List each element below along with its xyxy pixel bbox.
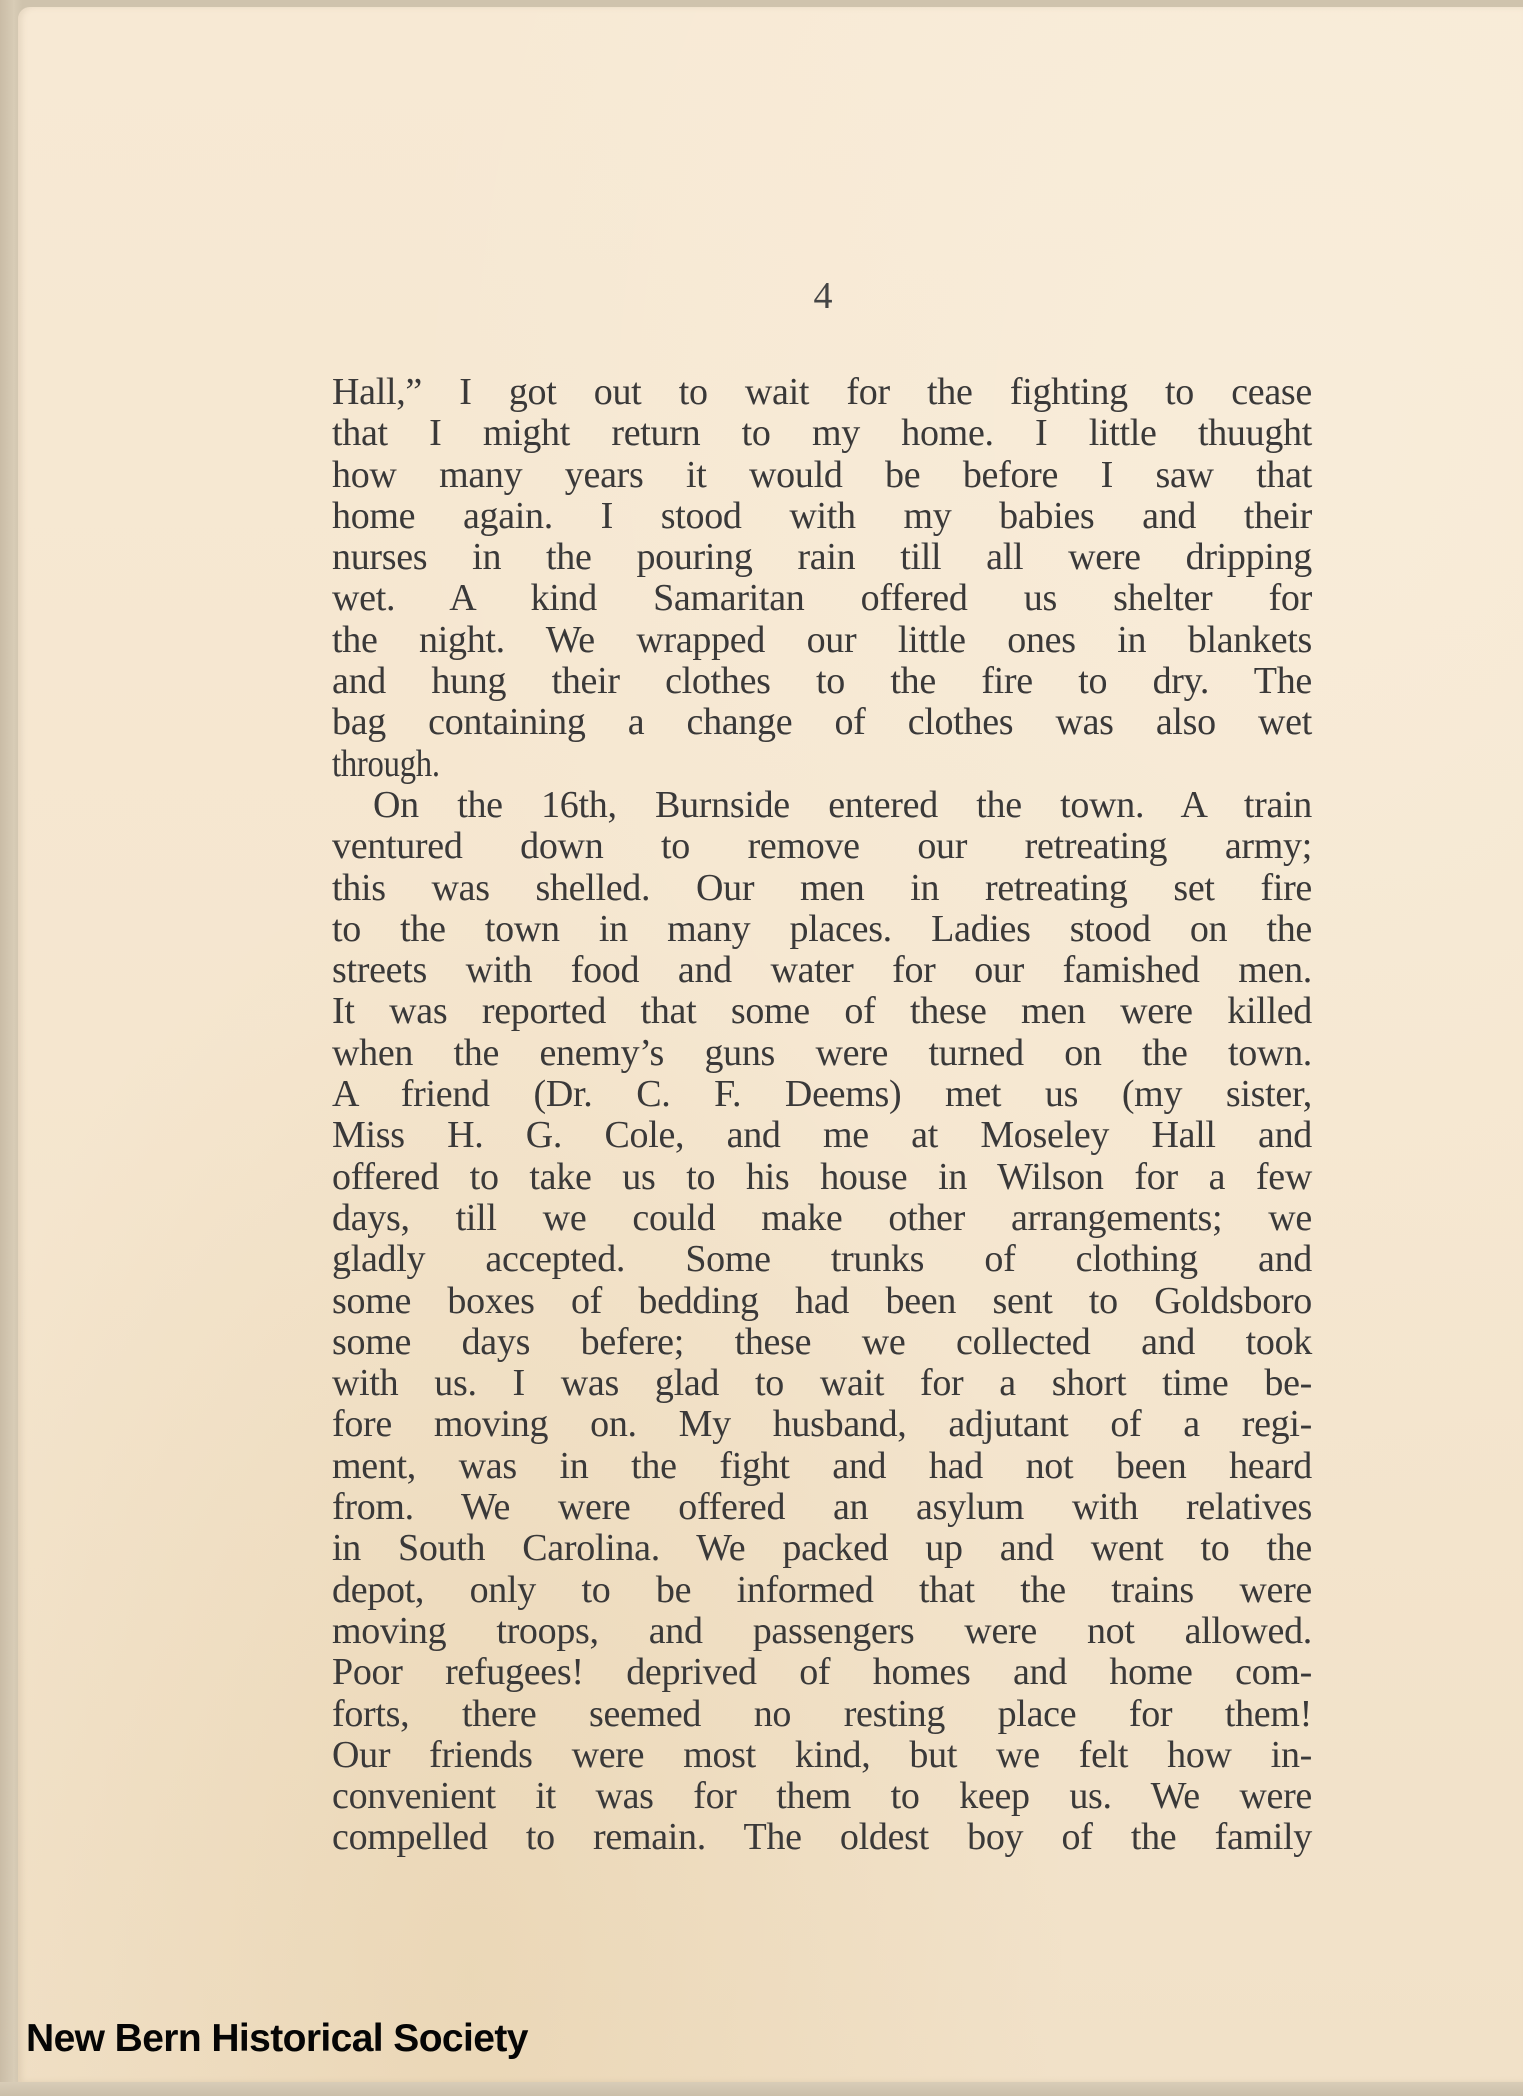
text-line: depot, only to be informed that the trai… xyxy=(332,1570,1312,1611)
text-line: days, till we could make other arrangeme… xyxy=(332,1198,1312,1239)
body-text: Hall,” I got out to wait for the fightin… xyxy=(332,372,1312,1859)
text-line: through. xyxy=(332,744,1175,785)
text-line: forts, there seemed no resting place for… xyxy=(332,1694,1312,1735)
text-line: fore moving on. My husband, adjutant of … xyxy=(332,1404,1312,1445)
text-line: wet. A kind Samaritan offered us shelter… xyxy=(332,578,1312,619)
text-line: from. We were offered an asylum with rel… xyxy=(332,1487,1312,1528)
text-line: to the town in many places. Ladies stood… xyxy=(332,909,1312,950)
text-line: some boxes of bedding had been sent to G… xyxy=(332,1281,1312,1322)
text-line: home again. I stood with my babies and t… xyxy=(332,496,1312,537)
text-line: and hung their clothes to the fire to dr… xyxy=(332,661,1312,702)
text-line: Poor refugees! deprived of homes and hom… xyxy=(332,1652,1312,1693)
text-line: when the enemy’s guns were turned on the… xyxy=(332,1033,1312,1074)
text-line: It was reported that some of these men w… xyxy=(332,991,1312,1032)
text-line: this was shelled. Our men in retreating … xyxy=(332,868,1312,909)
text-line: how many years it would be before I saw … xyxy=(332,455,1312,496)
scan-bottom-edge xyxy=(0,2082,1523,2096)
text-line: convenient it was for them to keep us. W… xyxy=(332,1776,1312,1817)
page-number: 4 xyxy=(803,276,843,316)
text-line: A friend (Dr. C. F. Deems) met us (my si… xyxy=(332,1074,1312,1115)
text-line: Our friends were most kind, but we felt … xyxy=(332,1735,1312,1776)
text-line: bag containing a change of clothes was a… xyxy=(332,702,1312,743)
text-line: Hall,” I got out to wait for the fightin… xyxy=(332,372,1312,413)
text-line: streets with food and water for our fami… xyxy=(332,950,1312,991)
text-line: offered to take us to his house in Wilso… xyxy=(332,1157,1312,1198)
watermark-credit: New Bern Historical Society xyxy=(26,2016,528,2062)
text-line: in South Carolina. We packed up and went… xyxy=(332,1528,1312,1569)
text-line: ventured down to remove our retreating a… xyxy=(332,826,1312,867)
text-line: compelled to remain. The oldest boy of t… xyxy=(332,1817,1312,1858)
text-line: the night. We wrapped our little ones in… xyxy=(332,620,1312,661)
text-line: On the 16th, Burnside entered the town. … xyxy=(332,785,1312,826)
paragraph: Hall,” I got out to wait for the fightin… xyxy=(332,372,1312,785)
paragraph: On the 16th, Burnside entered the town. … xyxy=(332,785,1312,1859)
text-line: nurses in the pouring rain till all were… xyxy=(332,537,1312,578)
text-line: gladly accepted. Some trunks of clothing… xyxy=(332,1239,1312,1280)
text-line: ment, was in the fight and had not been … xyxy=(332,1446,1312,1487)
text-line: some days befere; these we collected and… xyxy=(332,1322,1312,1363)
text-line: Miss H. G. Cole, and me at Moseley Hall … xyxy=(332,1115,1312,1156)
text-line: that I might return to my home. I little… xyxy=(332,413,1312,454)
text-line: with us. I was glad to wait for a short … xyxy=(332,1363,1312,1404)
text-line: moving troops, and passengers were not a… xyxy=(332,1611,1312,1652)
